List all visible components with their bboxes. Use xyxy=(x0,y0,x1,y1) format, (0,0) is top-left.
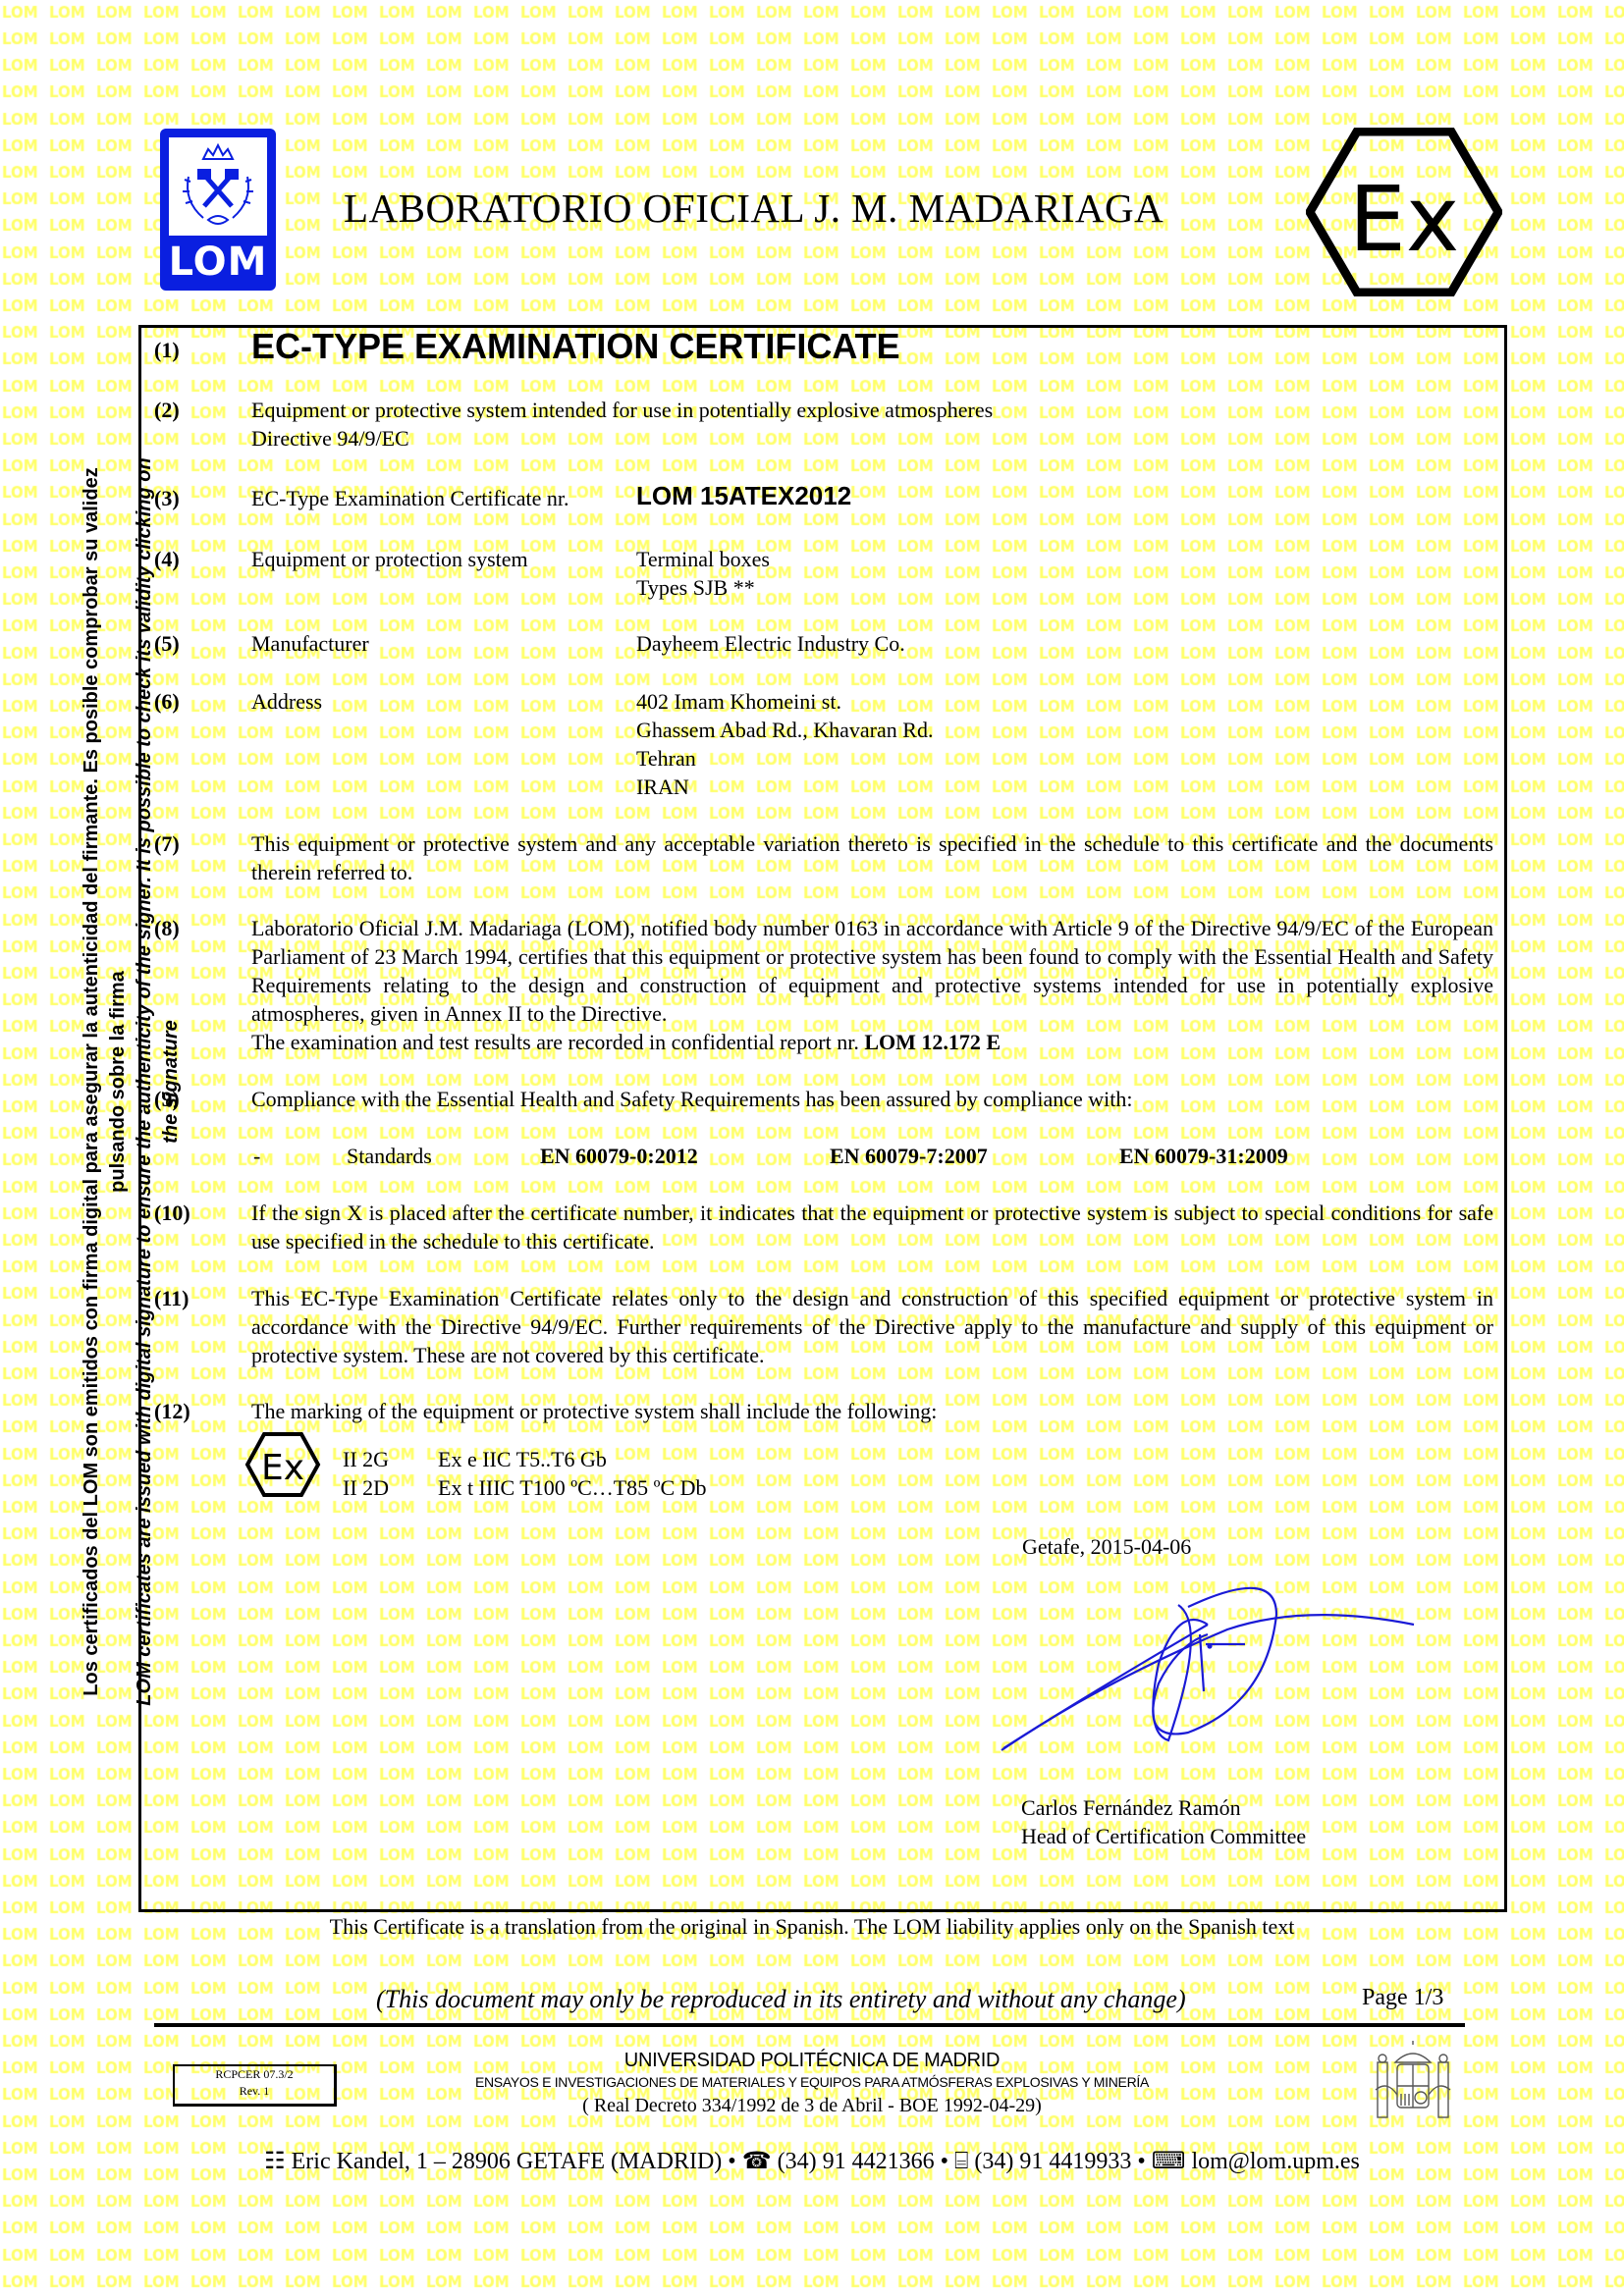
computer-icon: ⌨ xyxy=(1152,2149,1186,2174)
svg-text:Ex: Ex xyxy=(261,1448,304,1488)
section-number: (3) xyxy=(154,486,180,511)
spain-coat-of-arms-icon xyxy=(1368,2041,1458,2131)
reproduction-note: (This document may only be reproduced in… xyxy=(376,1985,1186,2014)
section-number: (7) xyxy=(154,831,180,857)
separator: • xyxy=(1137,2149,1145,2174)
mailbox-icon: ☷ xyxy=(264,2149,286,2174)
svg-text:Ex: Ex xyxy=(1349,167,1460,272)
notice-spanish: Los certificados del LOM son emitidos co… xyxy=(79,444,132,1720)
section-number: (9) xyxy=(154,1087,180,1112)
section-number: (5) xyxy=(154,631,180,657)
footer-divider xyxy=(154,2023,1465,2027)
section-number: (8) xyxy=(154,916,180,941)
certificate-number: LOM 15ATEX2012 xyxy=(636,481,851,511)
fax-number: (34) 91 4419933 xyxy=(974,2149,1131,2174)
section-number: (11) xyxy=(154,1286,189,1311)
section-number: (4) xyxy=(154,547,180,572)
separator: • xyxy=(941,2149,948,2174)
fax-icon: ⌸ xyxy=(954,2149,968,2174)
separator: • xyxy=(728,2149,735,2174)
contact-line: ☷ Eric Kandel, 1 – 28906 GETAFE (MADRID)… xyxy=(0,2147,1624,2175)
lom-logo-text: LOM xyxy=(160,240,276,285)
crest-icon xyxy=(169,137,267,236)
section-number: (1) xyxy=(154,338,180,363)
certificate-title: EC-TYPE EXAMINATION CERTIFICATE xyxy=(251,326,900,367)
phone-number: (34) 91 4421366 xyxy=(778,2149,935,2174)
section-number: (2) xyxy=(154,398,180,423)
phone-icon: ☎ xyxy=(742,2149,772,2174)
section-number: (6) xyxy=(154,689,180,715)
ex-marking-icon: Ex xyxy=(244,1431,321,1498)
signature-icon[interactable] xyxy=(982,1585,1434,1767)
section-number: (10) xyxy=(154,1201,190,1226)
address: Eric Kandel, 1 – 28906 GETAFE (MADRID) xyxy=(292,2149,723,2174)
ex-atex-symbol-icon: Ex xyxy=(1306,128,1502,296)
page-number: Page 1/3 xyxy=(1362,1985,1443,2011)
section-number: (12) xyxy=(154,1399,190,1424)
email-link[interactable]: lom@lom.upm.es xyxy=(1191,2149,1359,2174)
lom-logo: LOM xyxy=(160,129,276,291)
laboratory-name: LABORATORIO OFICIAL J. M. MADARIAGA xyxy=(344,185,1164,232)
translation-note: This Certificate is a translation from t… xyxy=(0,1914,1624,1940)
